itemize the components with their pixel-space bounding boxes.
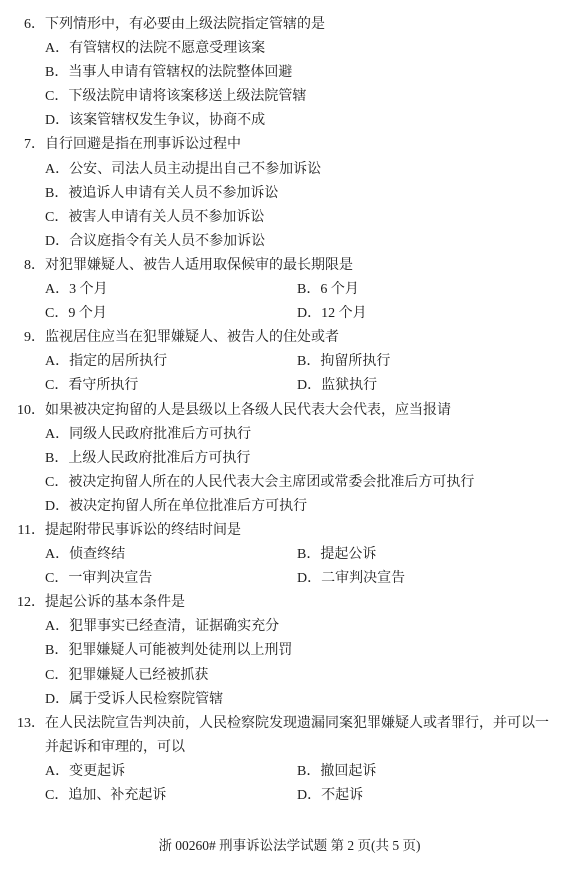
option: B．当事人申请有管辖权的法院整体回避 — [45, 61, 559, 85]
option: A．犯罪事实已经查清，证据确实充分 — [45, 615, 559, 639]
option-text: 看守所执行 — [68, 378, 138, 393]
option: C．一审判决宣告 — [45, 567, 297, 591]
option-label: D． — [45, 692, 69, 707]
question: 6．下列情形中，有必要由上级法院指定管辖的是A．有管辖权的法院不愿意受理该案B．… — [0, 13, 559, 133]
question-stem: 10．如果被决定拘留的人是县级以上各级人民代表大会代表，应当报请 — [0, 399, 559, 423]
option-label: B． — [45, 643, 68, 658]
question-number: 8． — [0, 254, 45, 278]
option-label: C． — [45, 668, 68, 683]
option-text: 拘留所执行 — [320, 354, 390, 369]
question: 9．监视居住应当在犯罪嫌疑人、被告人的住处或者A．指定的居所执行B．拘留所执行C… — [0, 326, 559, 398]
option: C．下级法院申请将该案移送上级法院管辖 — [45, 85, 559, 109]
question-stem: 9．监视居住应当在犯罪嫌疑人、被告人的住处或者 — [0, 326, 559, 350]
question-stem: 12．提起公诉的基本条件是 — [0, 591, 559, 615]
option: D．合议庭指令有关人员不参加诉讼 — [45, 230, 559, 254]
option-text: 侦查终结 — [69, 547, 125, 562]
option-text: 有管辖权的法院不愿意受理该案 — [69, 41, 265, 56]
option: B．被追诉人申请有关人员不参加诉讼 — [45, 182, 559, 206]
option-label: C． — [45, 571, 68, 586]
option: C．被害人申请有关人员不参加诉讼 — [45, 206, 559, 230]
option: D．不起诉 — [297, 784, 363, 808]
option-label: D． — [297, 788, 321, 803]
option-label: B． — [297, 764, 320, 779]
option-label: D． — [297, 571, 321, 586]
option: C．看守所执行 — [45, 374, 297, 398]
question-stem: 6．下列情形中，有必要由上级法院指定管辖的是 — [0, 13, 559, 37]
option-label: A． — [45, 547, 69, 562]
option: A．指定的居所执行 — [45, 350, 297, 374]
option: B．上级人民政府批准后方可执行 — [45, 447, 559, 471]
option: D．被决定拘留人所在单位批准后方可执行 — [45, 495, 559, 519]
option-row: C．一审判决宣告D．二审判决宣告 — [45, 567, 559, 591]
option-text: 该案管辖权发生争议，协商不成 — [69, 113, 265, 128]
option-text: 二审判决宣告 — [321, 571, 405, 586]
option-text: 追加、补充起诉 — [68, 788, 166, 803]
option-label: C． — [45, 378, 68, 393]
option-label: D． — [45, 113, 69, 128]
option-text: 一审判决宣告 — [68, 571, 152, 586]
option-text: 12 个月 — [321, 306, 367, 321]
option-text: 9 个月 — [68, 306, 107, 321]
question-number: 11． — [0, 519, 45, 543]
option: C．9 个月 — [45, 302, 297, 326]
question: 8．对犯罪嫌疑人、被告人适用取保候审的最长期限是A．3 个月B．6 个月C．9 … — [0, 254, 559, 326]
option-text: 合议庭指令有关人员不参加诉讼 — [69, 234, 265, 249]
option-text: 6 个月 — [320, 282, 359, 297]
option-label: A． — [45, 427, 69, 442]
option-text: 被决定拘留人所在单位批准后方可执行 — [69, 499, 307, 514]
option: C．犯罪嫌疑人已经被抓获 — [45, 664, 559, 688]
option-label: B． — [45, 65, 68, 80]
option: C．追加、补充起诉 — [45, 784, 297, 808]
question-number: 9． — [0, 326, 45, 350]
page-footer: 浙 00260# 刑事诉讼法学试题 第 2 页(共 5 页) — [0, 836, 579, 856]
option: A．同级人民政府批准后方可执行 — [45, 423, 559, 447]
option: A．有管辖权的法院不愿意受理该案 — [45, 37, 559, 61]
option: A．3 个月 — [45, 278, 297, 302]
option-row: C．追加、补充起诉D．不起诉 — [45, 784, 559, 808]
option-text: 公安、司法人员主动提出自己不参加诉讼 — [69, 162, 321, 177]
question-number: 12． — [0, 591, 45, 615]
question-stem-text: 在人民法院宣告判决前，人民检察院发现遗漏同案犯罪嫌疑人或者罪行，并可以一并起诉和… — [45, 712, 559, 760]
option-label: C． — [45, 788, 68, 803]
question-stem-text: 对犯罪嫌疑人、被告人适用取保候审的最长期限是 — [45, 254, 559, 278]
option-label: A． — [45, 282, 69, 297]
question-number: 7． — [0, 133, 45, 157]
option-text: 属于受诉人民检察院管辖 — [69, 692, 223, 707]
option: B．拘留所执行 — [297, 350, 390, 374]
option-text: 撤回起诉 — [320, 764, 376, 779]
option-label: C． — [45, 89, 68, 104]
option-label: B． — [297, 547, 320, 562]
option: A．变更起诉 — [45, 760, 297, 784]
option-label: D． — [297, 306, 321, 321]
question-number: 13． — [0, 712, 45, 760]
option: A．公安、司法人员主动提出自己不参加诉讼 — [45, 158, 559, 182]
question-stem-text: 提起公诉的基本条件是 — [45, 591, 559, 615]
option: B．提起公诉 — [297, 543, 376, 567]
option-label: B． — [297, 354, 320, 369]
option-text: 提起公诉 — [320, 547, 376, 562]
option: B．撤回起诉 — [297, 760, 376, 784]
option-row: A．指定的居所执行B．拘留所执行 — [45, 350, 559, 374]
question-stem-text: 提起附带民事诉讼的终结时间是 — [45, 519, 559, 543]
question-stem-text: 如果被决定拘留的人是县级以上各级人民代表大会代表，应当报请 — [45, 399, 559, 423]
question-stem: 13．在人民法院宣告判决前，人民检察院发现遗漏同案犯罪嫌疑人或者罪行，并可以一并… — [0, 712, 559, 760]
option-text: 被追诉人申请有关人员不参加诉讼 — [68, 186, 278, 201]
question-number: 10． — [0, 399, 45, 423]
option: D．12 个月 — [297, 302, 367, 326]
option-label: C． — [45, 210, 68, 225]
question: 11．提起附带民事诉讼的终结时间是A．侦查终结B．提起公诉C．一审判决宣告D．二… — [0, 519, 559, 591]
option-label: C． — [45, 475, 68, 490]
question-stem: 11．提起附带民事诉讼的终结时间是 — [0, 519, 559, 543]
option-label: A． — [45, 354, 69, 369]
option-label: A． — [45, 162, 69, 177]
option-text: 犯罪事实已经查清，证据确实充分 — [69, 619, 279, 634]
option-text: 指定的居所执行 — [69, 354, 167, 369]
option-row: C．看守所执行D．监狱执行 — [45, 374, 559, 398]
option-label: B． — [45, 186, 68, 201]
option-label: D． — [45, 234, 69, 249]
exam-page: 6．下列情形中，有必要由上级法院指定管辖的是A．有管辖权的法院不愿意受理该案B．… — [0, 0, 579, 871]
option-text: 犯罪嫌疑人可能被判处徒刑以上刑罚 — [68, 643, 292, 658]
option-text: 犯罪嫌疑人已经被抓获 — [68, 668, 208, 683]
question: 12．提起公诉的基本条件是A．犯罪事实已经查清，证据确实充分B．犯罪嫌疑人可能被… — [0, 591, 559, 711]
option-text: 同级人民政府批准后方可执行 — [69, 427, 251, 442]
option: A．侦查终结 — [45, 543, 297, 567]
option-label: A． — [45, 619, 69, 634]
option-text: 不起诉 — [321, 788, 363, 803]
option-label: B． — [45, 451, 68, 466]
option-text: 下级法院申请将该案移送上级法院管辖 — [68, 89, 306, 104]
question-stem: 7．自行回避是指在刑事诉讼过程中 — [0, 133, 559, 157]
question-number: 6． — [0, 13, 45, 37]
question-stem-text: 监视居住应当在犯罪嫌疑人、被告人的住处或者 — [45, 326, 559, 350]
option: B．犯罪嫌疑人可能被判处徒刑以上刑罚 — [45, 639, 559, 663]
option-row: C．9 个月D．12 个月 — [45, 302, 559, 326]
question-stem: 8．对犯罪嫌疑人、被告人适用取保候审的最长期限是 — [0, 254, 559, 278]
option-text: 当事人申请有管辖权的法院整体回避 — [68, 65, 292, 80]
option-text: 上级人民政府批准后方可执行 — [68, 451, 250, 466]
option: B．6 个月 — [297, 278, 359, 302]
option-text: 被决定拘留人所在的人民代表大会主席团或常委会批准后方可执行 — [68, 475, 474, 490]
option-label: A． — [45, 764, 69, 779]
question-stem-text: 自行回避是指在刑事诉讼过程中 — [45, 133, 559, 157]
question: 7．自行回避是指在刑事诉讼过程中A．公安、司法人员主动提出自己不参加诉讼B．被追… — [0, 133, 559, 253]
option-text: 3 个月 — [69, 282, 108, 297]
option-text: 被害人申请有关人员不参加诉讼 — [68, 210, 264, 225]
option-label: C． — [45, 306, 68, 321]
option-row: A．3 个月B．6 个月 — [45, 278, 559, 302]
option: D．监狱执行 — [297, 374, 377, 398]
option-label: D． — [297, 378, 321, 393]
option-label: A． — [45, 41, 69, 56]
question: 13．在人民法院宣告判决前，人民检察院发现遗漏同案犯罪嫌疑人或者罪行，并可以一并… — [0, 712, 559, 808]
option: D．二审判决宣告 — [297, 567, 405, 591]
option-text: 变更起诉 — [69, 764, 125, 779]
option-row: A．侦查终结B．提起公诉 — [45, 543, 559, 567]
option-row: A．变更起诉B．撤回起诉 — [45, 760, 559, 784]
question: 10．如果被决定拘留的人是县级以上各级人民代表大会代表，应当报请A．同级人民政府… — [0, 399, 559, 519]
question-stem-text: 下列情形中，有必要由上级法院指定管辖的是 — [45, 13, 559, 37]
option-text: 监狱执行 — [321, 378, 377, 393]
option: D．属于受诉人民检察院管辖 — [45, 688, 559, 712]
option: D．该案管辖权发生争议，协商不成 — [45, 109, 559, 133]
question-list: 6．下列情形中，有必要由上级法院指定管辖的是A．有管辖权的法院不愿意受理该案B．… — [0, 0, 579, 808]
option-label: D． — [45, 499, 69, 514]
option-label: B． — [297, 282, 320, 297]
option: C．被决定拘留人所在的人民代表大会主席团或常委会批准后方可执行 — [45, 471, 559, 495]
